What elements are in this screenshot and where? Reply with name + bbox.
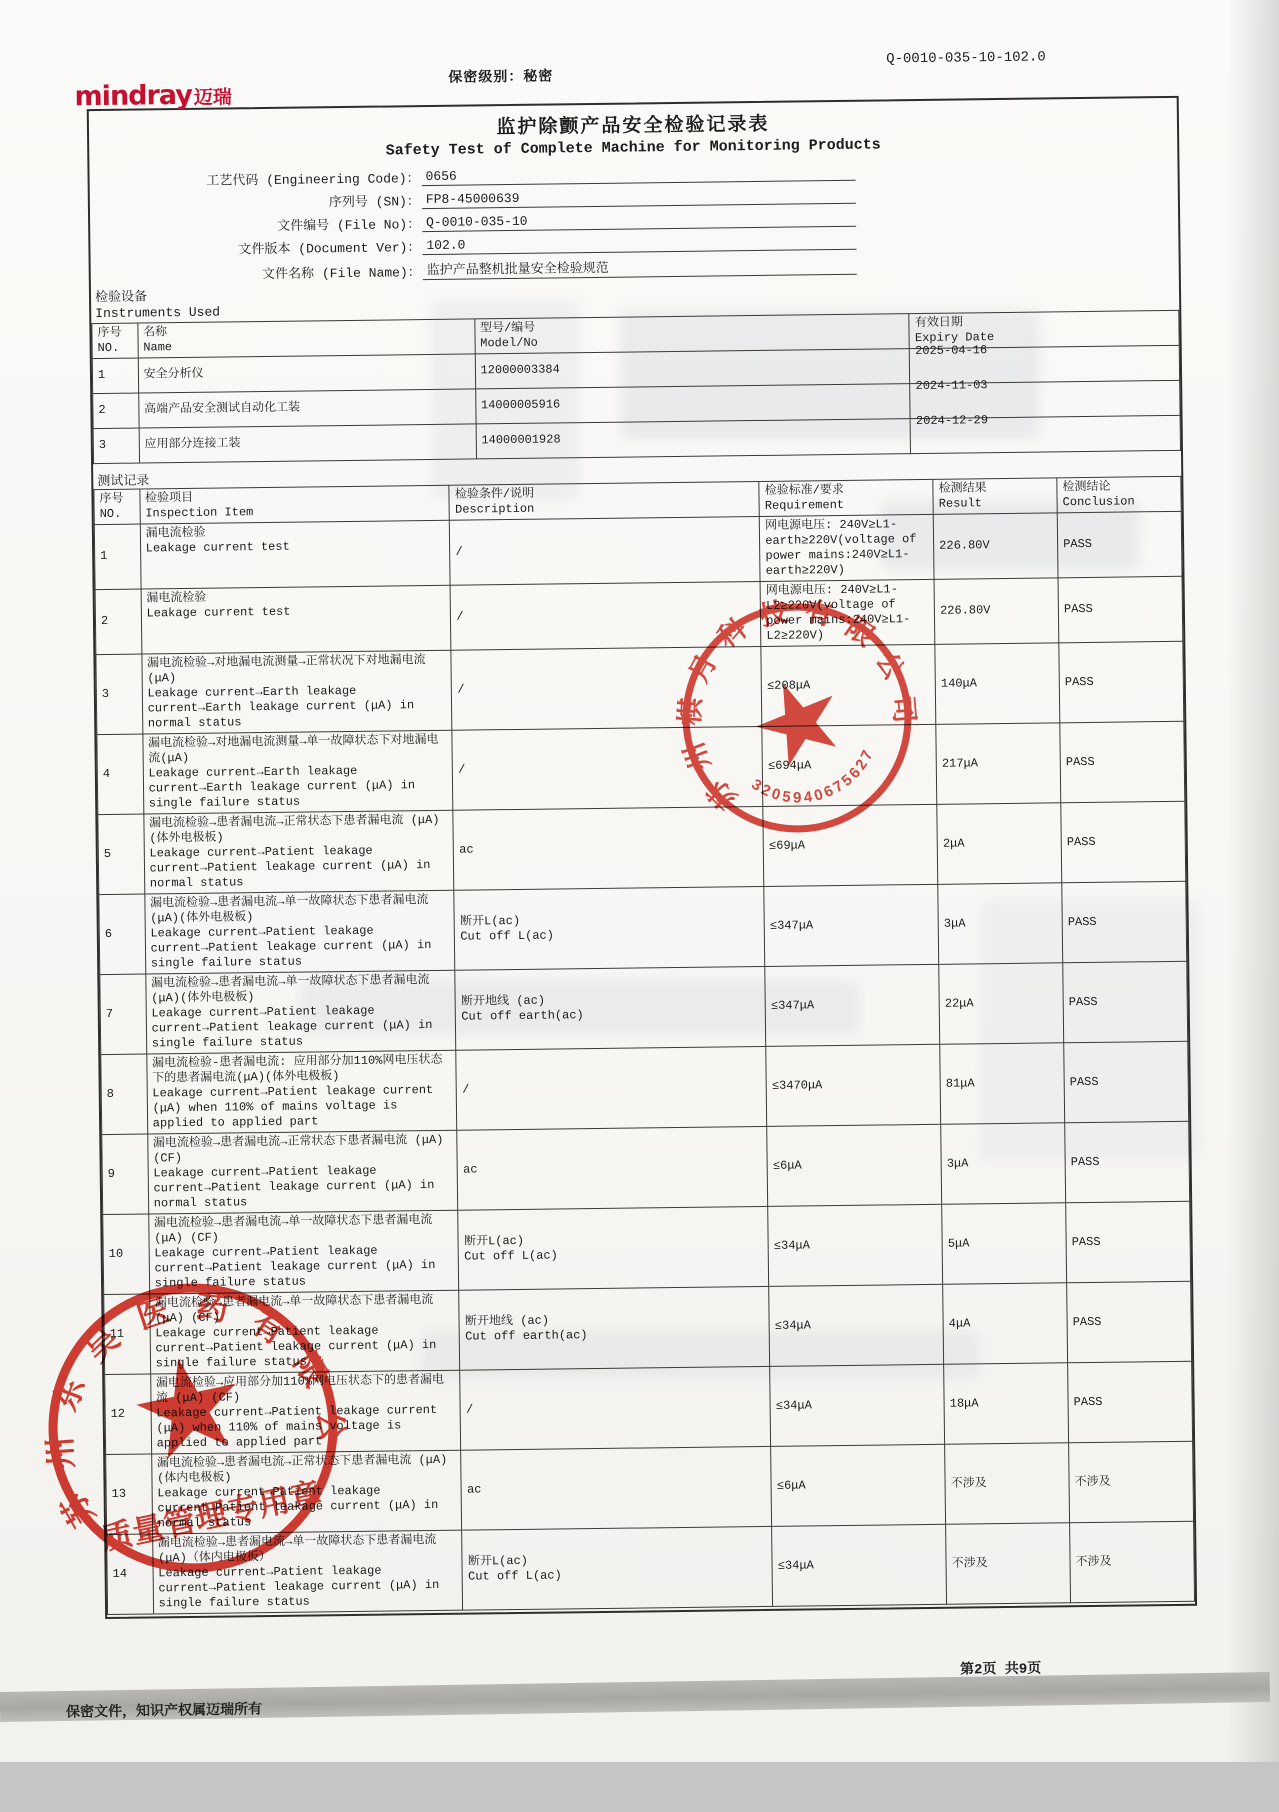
field-value: Q-0010-035-10	[422, 210, 856, 232]
cell-requirement: ≤6μA	[767, 1124, 942, 1206]
cell-conclusion: 不涉及	[1070, 1521, 1195, 1603]
cell-description: ac	[453, 806, 764, 890]
cell-item: 漏电流检验→应用部分加110%网电压状态下的患者漏电流 (μA) (CF)Lea…	[150, 1370, 461, 1454]
cell-description: /	[451, 646, 762, 730]
test-row: 11漏电流检验→患者漏电流→单一故障状态下患者漏电流(μA) (CF)Leaka…	[104, 1281, 1192, 1374]
desc-en: Cut off L(ac)	[464, 1246, 763, 1265]
item-en: Leakage current→Patient leakage current→…	[150, 922, 449, 971]
item-zh: 漏电流检验→患者漏电流→正常状态下患者漏电流 (μA)(体内电极板)	[157, 1452, 456, 1486]
cell-item: 漏电流检验Leakage current test	[141, 585, 452, 654]
cell-result: 22μA	[939, 962, 1064, 1044]
cell-no: 10	[103, 1213, 150, 1294]
instruments-table: 序号NO. 名称Name 型号/编号Model/No 有效日期Expiry Da…	[91, 309, 1181, 463]
cell-no: 5	[98, 814, 145, 895]
cell-description: ac	[461, 1446, 772, 1530]
cell-description: 断开L(ac)Cut off L(ac)	[458, 1206, 769, 1290]
desc-en: Cut off L(ac)	[460, 926, 759, 945]
cell-description: 断开L(ac)Cut off L(ac)	[454, 886, 765, 970]
cell-description: /	[460, 1366, 771, 1450]
cell-requirement: ≤34μA	[772, 1524, 947, 1606]
col-no: 序号NO.	[92, 323, 138, 359]
cell-requirement: ≤34μA	[768, 1204, 943, 1286]
item-zh: 漏电流检验→患者漏电流→单一故障状态下患者漏电流(μA) (CF)	[155, 1292, 454, 1326]
cell-conclusion: 不涉及	[1069, 1441, 1194, 1523]
cell-result: 4μA	[943, 1282, 1068, 1364]
cell-conclusion: PASS	[1061, 801, 1186, 883]
cell-no: 2	[93, 393, 139, 429]
cell-requirement: ≤34μA	[769, 1284, 944, 1366]
cell-expiry: 2024-12-29	[910, 415, 1180, 453]
cell-requirement: ≤347μA	[765, 964, 940, 1046]
cell-conclusion: PASS	[1064, 1041, 1189, 1123]
cell-item: 漏电流检验→患者漏电流→单一故障状态下患者漏电流(μA)(体外电极板)Leaka…	[145, 970, 456, 1054]
cell-requirement: ≤694μA	[762, 724, 937, 806]
expiry-value: 2024-11-03	[915, 376, 1174, 394]
cell-requirement: 网电源电压: 240V≥L1-earth≥220V(voltage of pow…	[759, 514, 934, 581]
desc-en: Cut off earth(ac)	[461, 1006, 760, 1025]
cell-no: 12	[105, 1373, 152, 1454]
document-content: 保密级别：秘密 Q-0010-035-10-102.0 mindray迈瑞 监护…	[18, 35, 1252, 1619]
col-conclusion: 检测结论Conclusion	[1057, 476, 1181, 513]
desc-zh: ac	[463, 1158, 762, 1177]
field-label: 序列号 (SN)：	[90, 190, 420, 213]
item-en: Leakage current→Patient leakage current→…	[149, 842, 448, 891]
desc-zh: /	[458, 759, 757, 778]
cell-requirement: ≤34μA	[770, 1364, 945, 1446]
test-row: 6漏电流检验→患者漏电流→单一故障状态下患者漏电流(μA)(体外电极板)Leak…	[99, 881, 1187, 974]
item-zh: 漏电流检验→对地漏电流测量→单一故障状态下对地漏电流(μA)	[148, 732, 447, 766]
desc-zh: ac	[467, 1478, 766, 1497]
desc-en: Cut off L(ac)	[468, 1566, 767, 1585]
desc-zh: /	[462, 1079, 761, 1098]
classification-label: 保密级别：秘密	[448, 65, 553, 86]
cell-result: 不涉及	[945, 1442, 1070, 1524]
cell-result: 226.80V	[933, 512, 1058, 579]
cell-result: 5μA	[942, 1202, 1067, 1284]
test-row: 7漏电流检验→患者漏电流→单一故障状态下患者漏电流(μA)(体外电极板)Leak…	[100, 961, 1188, 1054]
form-border-box: 监护除颤产品安全检验记录表 Safety Test of Complete Ma…	[87, 96, 1197, 1619]
item-en: Leakage current→Patient leakage current→…	[155, 1322, 454, 1371]
cell-no: 8	[101, 1054, 148, 1135]
col-name: 名称Name	[137, 318, 474, 357]
cell-item: 漏电流检验→患者漏电流→正常状态下患者漏电流 (μA)(体内电极板)Leakag…	[151, 1450, 462, 1534]
cell-item: 漏电流检验Leakage current test	[140, 520, 451, 589]
desc-zh: /	[457, 679, 756, 698]
item-zh: 漏电流检验→患者漏电流→正常状态下患者漏电流 (μA)(体外电极板)	[149, 812, 448, 846]
cell-item: 漏电流检验→对地漏电流测量→单一故障状态下对地漏电流(μA)Leakage cu…	[143, 730, 454, 814]
item-zh: 漏电流检验→患者漏电流→单一故障状态下患者漏电流(μA) (CF)	[154, 1212, 453, 1246]
cell-description: /	[451, 581, 762, 650]
test-row: 3漏电流检验→对地漏电流测量→正常状况下对地漏电流(μA)Leakage cur…	[96, 641, 1184, 734]
expiry-value: 2024-12-29	[916, 411, 1175, 429]
cell-result: 3μA	[941, 1122, 1066, 1204]
cell-requirement: ≤69μA	[763, 804, 938, 886]
desc-zh: /	[456, 541, 755, 560]
cell-requirement: ≤347μA	[764, 884, 939, 966]
col-result: 检测结果Result	[933, 477, 1057, 514]
item-en: Leakage current→Patient leakage current→…	[154, 1242, 453, 1291]
logo-wordmark: mindray	[74, 80, 192, 112]
desc-zh: /	[456, 606, 755, 625]
test-row: 8漏电流检验-患者漏电流: 应用部分加110%网电压状态下的患者漏电流(μA)(…	[101, 1041, 1189, 1134]
cell-no: 13	[106, 1453, 153, 1534]
test-row: 13漏电流检验→患者漏电流→正常状态下患者漏电流 (μA)(体内电极板)Leak…	[106, 1441, 1194, 1534]
cell-item: 漏电流检验-患者漏电流: 应用部分加110%网电压状态下的患者漏电流(μA)(体…	[146, 1050, 457, 1134]
cell-name: 应用部分连接工装	[139, 423, 476, 462]
col-no: 序号NO.	[94, 489, 140, 525]
cell-model: 12000003384	[475, 348, 910, 388]
test-row: 9漏电流检验→患者漏电流→正常状态下患者漏电流 (μA) (CF)Leakage…	[102, 1121, 1190, 1214]
item-en: Leakage current test	[146, 602, 445, 621]
cell-name: 高端产品安全测试自动化工装	[138, 388, 475, 427]
cell-conclusion: PASS	[1065, 1121, 1190, 1203]
test-row: 5漏电流检验→患者漏电流→正常状态下患者漏电流 (μA)(体外电极板)Leaka…	[98, 801, 1186, 894]
desc-zh: ac	[459, 839, 758, 858]
header-fields: 工艺代码 (Engineering Code)：0656序列号 (SN)：FP8…	[89, 158, 1178, 284]
cell-conclusion: PASS	[1058, 576, 1183, 643]
item-en: Leakage current→Patient leakage current→…	[153, 1162, 452, 1211]
desc-zh: /	[466, 1398, 765, 1417]
cell-description: /	[450, 516, 761, 585]
item-en: Leakage current→Patient leakage current …	[156, 1402, 455, 1451]
test-row: 10漏电流检验→患者漏电流→单一故障状态下患者漏电流(μA) (CF)Leaka…	[103, 1201, 1191, 1294]
cell-requirement: ≤3470μA	[766, 1044, 941, 1126]
item-en: Leakage current→Patient leakage current→…	[157, 1482, 456, 1531]
field-value: FP8-45000639	[422, 187, 856, 209]
cell-result: 18μA	[944, 1362, 1069, 1444]
item-en: Leakage current→Earth leakage current→Ea…	[148, 762, 447, 811]
cell-description: 断开地线 (ac)Cut off earth(ac)	[459, 1286, 770, 1370]
cell-no: 11	[104, 1293, 151, 1374]
cell-conclusion: PASS	[1057, 511, 1182, 578]
cell-no: 1	[94, 524, 140, 590]
col-description: 检验条件/说明Description	[449, 481, 759, 520]
instruments-tbody: 1安全分析仪120000033842025-04-162高端产品安全测试自动化工…	[92, 345, 1180, 463]
item-en: Leakage current→Patient leakage current …	[152, 1082, 451, 1131]
col-model: 型号/编号Model/No	[474, 313, 909, 353]
item-zh: 漏电流检验→患者漏电流→单一故障状态下患者漏电流(μA)（体内电极板）	[158, 1532, 457, 1566]
cell-item: 漏电流检验→患者漏电流→单一故障状态下患者漏电流(μA) (CF)Leakage…	[149, 1290, 460, 1374]
field-label: 文件编号 (File No)：	[90, 213, 420, 236]
field-label: 文件版本 (Document Ver)：	[90, 236, 420, 259]
field-label: 文件名称 (File Name)：	[91, 261, 421, 284]
cell-model: 14000005916	[475, 383, 910, 423]
confidential-notice: 保密文件，知识产权属迈瑞所有	[66, 1698, 262, 1721]
field-value: 监护产品整机批量安全检验规范	[423, 254, 857, 280]
cell-result: 3μA	[938, 882, 1063, 964]
cell-description: /	[452, 726, 763, 810]
item-zh: 漏电流检验→应用部分加110%网电压状态下的患者漏电流 (μA) (CF)	[156, 1372, 455, 1406]
cell-conclusion: PASS	[1060, 721, 1185, 803]
cell-conclusion: PASS	[1063, 961, 1188, 1043]
cell-result: 217μA	[936, 722, 1061, 804]
test-row: 14漏电流检验→患者漏电流→单一故障状态下患者漏电流(μA)（体内电极板）Lea…	[107, 1521, 1195, 1614]
col-item: 检验项目Inspection Item	[140, 485, 450, 524]
cell-no: 7	[100, 974, 147, 1055]
field-value: 102.0	[422, 233, 856, 255]
cell-no: 3	[96, 654, 143, 735]
field-label: 工艺代码 (Engineering Code)：	[89, 167, 419, 190]
item-en: Leakage current→Earth leakage current→Ea…	[147, 682, 446, 731]
cell-result: 226.80V	[934, 577, 1059, 644]
cell-no: 2	[95, 589, 141, 655]
cell-conclusion: PASS	[1062, 881, 1187, 963]
scanned-safety-test-record: { "page": { "classification": "保密级别：秘密",…	[0, 0, 1279, 1812]
cell-item: 漏电流检验→患者漏电流→正常状态下患者漏电流 (μA) (CF)Leakage …	[147, 1130, 458, 1214]
cell-no: 3	[93, 428, 139, 464]
cell-name: 安全分析仪	[138, 353, 475, 392]
cell-conclusion: PASS	[1067, 1281, 1192, 1363]
cell-item: 漏电流检验→患者漏电流→单一故障状态下患者漏电流(μA)(体外电极板)Leaka…	[144, 890, 455, 974]
col-requirement: 检验标准/要求Requirement	[759, 479, 933, 516]
test-row: 4漏电流检验→对地漏电流测量→单一故障状态下对地漏电流(μA)Leakage c…	[97, 721, 1185, 814]
field-value: 0656	[421, 164, 855, 186]
item-zh: 漏电流检验→患者漏电流→单一故障状态下患者漏电流(μA)(体外电极板)	[150, 892, 449, 926]
cell-result: 140μA	[935, 642, 1060, 724]
cell-no: 1	[92, 358, 138, 394]
item-zh: 漏电流检验→对地漏电流测量→正常状况下对地漏电流(μA)	[147, 652, 446, 686]
mindray-logo: mindray迈瑞	[74, 79, 232, 112]
cell-no: 14	[107, 1533, 154, 1614]
item-zh: 漏电流检验→患者漏电流→单一故障状态下患者漏电流(μA)(体外电极板)	[151, 972, 450, 1006]
document-code: Q-0010-035-10-102.0	[886, 49, 1046, 67]
cell-requirement: ≤208μA	[761, 644, 936, 726]
cell-result: 81μA	[940, 1042, 1065, 1124]
cell-no: 6	[99, 894, 146, 975]
cell-model: 14000001928	[476, 418, 911, 458]
logo-chinese: 迈瑞	[194, 87, 232, 109]
test-row: 12漏电流检验→应用部分加110%网电压状态下的患者漏电流 (μA) (CF)L…	[105, 1361, 1193, 1454]
tests-table: 序号NO. 检验项目Inspection Item 检验条件/说明Descrip…	[93, 475, 1195, 1614]
cell-item: 漏电流检验→患者漏电流→单一故障状态下患者漏电流(μA) (CF)Leakage…	[148, 1210, 459, 1294]
tests-tbody: 1漏电流检验Leakage current test/网电源电压: 240V≥L…	[94, 511, 1194, 1614]
item-zh: 漏电流检验→患者漏电流→正常状态下患者漏电流 (μA) (CF)	[153, 1132, 452, 1166]
cell-result: 2μA	[937, 802, 1062, 884]
cell-description: 断开地线 (ac)Cut off earth(ac)	[455, 966, 766, 1050]
expiry-value: 2025-04-16	[915, 341, 1174, 359]
item-en: Leakage current test	[146, 537, 445, 556]
item-en: Leakage current→Patient leakage current→…	[151, 1002, 450, 1051]
cell-item: 漏电流检验→对地漏电流测量→正常状况下对地漏电流(μA)Leakage curr…	[142, 650, 453, 734]
cell-conclusion: PASS	[1068, 1361, 1193, 1443]
cell-item: 漏电流检验→患者漏电流→正常状态下患者漏电流 (μA)(体外电极板)Leakag…	[143, 810, 454, 894]
cell-requirement: 网电源电压: 240V≥L1-L2≥220V(voltage of power …	[760, 579, 935, 646]
cell-no: 4	[97, 734, 144, 815]
item-en: Leakage current→Patient leakage current→…	[158, 1562, 457, 1611]
cell-item: 漏电流检验→患者漏电流→单一故障状态下患者漏电流(μA)（体内电极板）Leaka…	[152, 1530, 463, 1614]
cell-description: 断开L(ac)Cut off L(ac)	[462, 1526, 773, 1610]
cell-no: 9	[102, 1134, 149, 1215]
desc-en: Cut off earth(ac)	[465, 1326, 764, 1345]
item-zh: 漏电流检验-患者漏电流: 应用部分加110%网电压状态下的患者漏电流(μA)(体…	[152, 1052, 451, 1086]
cell-conclusion: PASS	[1066, 1201, 1191, 1283]
cell-result: 不涉及	[946, 1522, 1071, 1604]
cell-requirement: ≤6μA	[771, 1444, 946, 1526]
cell-conclusion: PASS	[1059, 641, 1184, 723]
cell-description: /	[456, 1046, 767, 1130]
cell-description: ac	[457, 1126, 768, 1210]
